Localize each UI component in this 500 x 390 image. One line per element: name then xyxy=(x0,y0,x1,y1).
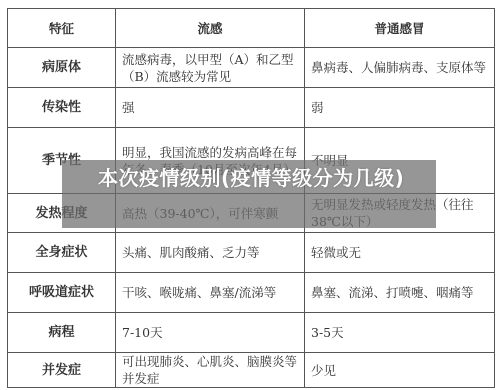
table-row-respiratory-symptoms: 呼吸道症状 干咳、喉咙痛、鼻塞/流涕等 鼻塞、流涕、打喷嚏、咽痛等 xyxy=(8,273,495,313)
table-row-systemic-symptoms: 全身症状 头痛、肌肉酸痛、乏力等 轻微或无 xyxy=(8,233,495,273)
table-row-contagiousness: 传染性 强 弱 xyxy=(8,88,495,128)
row-label: 并发症 xyxy=(8,353,116,388)
cell-flu: 7-10天 xyxy=(116,313,305,353)
cell-flu: 流感病毒，以甲型（A）和乙型（B）流感较为常见 xyxy=(116,48,305,88)
cell-cold: 轻微或无 xyxy=(305,233,495,273)
cell-flu: 干咳、喉咙痛、鼻塞/流涕等 xyxy=(116,273,305,313)
cell-cold: 鼻塞、流涕、打喷嚏、咽痛等 xyxy=(305,273,495,313)
row-label: 呼吸道症状 xyxy=(8,273,116,313)
cell-cold: 鼻病毒、人偏肺病毒、支原体等 xyxy=(305,48,495,88)
row-label: 传染性 xyxy=(8,88,116,128)
row-label: 病程 xyxy=(8,313,116,353)
header-common-cold: 普通感冒 xyxy=(305,9,495,48)
cell-cold: 弱 xyxy=(305,88,495,128)
row-label: 全身症状 xyxy=(8,233,116,273)
table-header-row: 特征 流感 普通感冒 xyxy=(8,9,495,48)
header-flu: 流感 xyxy=(116,9,305,48)
cell-cold: 3-5天 xyxy=(305,313,495,353)
table-row-pathogen: 病原体 流感病毒，以甲型（A）和乙型（B）流感较为常见 鼻病毒、人偏肺病毒、支原… xyxy=(8,48,495,88)
table-row-duration: 病程 7-10天 3-5天 xyxy=(8,313,495,353)
cell-flu: 头痛、肌肉酸痛、乏力等 xyxy=(116,233,305,273)
table-row-complications: 并发症 可出现肺炎、心肌炎、脑膜炎等并发症 少见 xyxy=(8,353,495,388)
cell-cold: 少见 xyxy=(305,353,495,388)
overlay-title: 本次疫情级别(疫情等级分为几级) xyxy=(98,164,418,192)
cell-flu: 可出现肺炎、心肌炎、脑膜炎等并发症 xyxy=(116,353,305,388)
row-label: 病原体 xyxy=(8,48,116,88)
cell-flu: 强 xyxy=(116,88,305,128)
header-feature: 特征 xyxy=(8,9,116,48)
